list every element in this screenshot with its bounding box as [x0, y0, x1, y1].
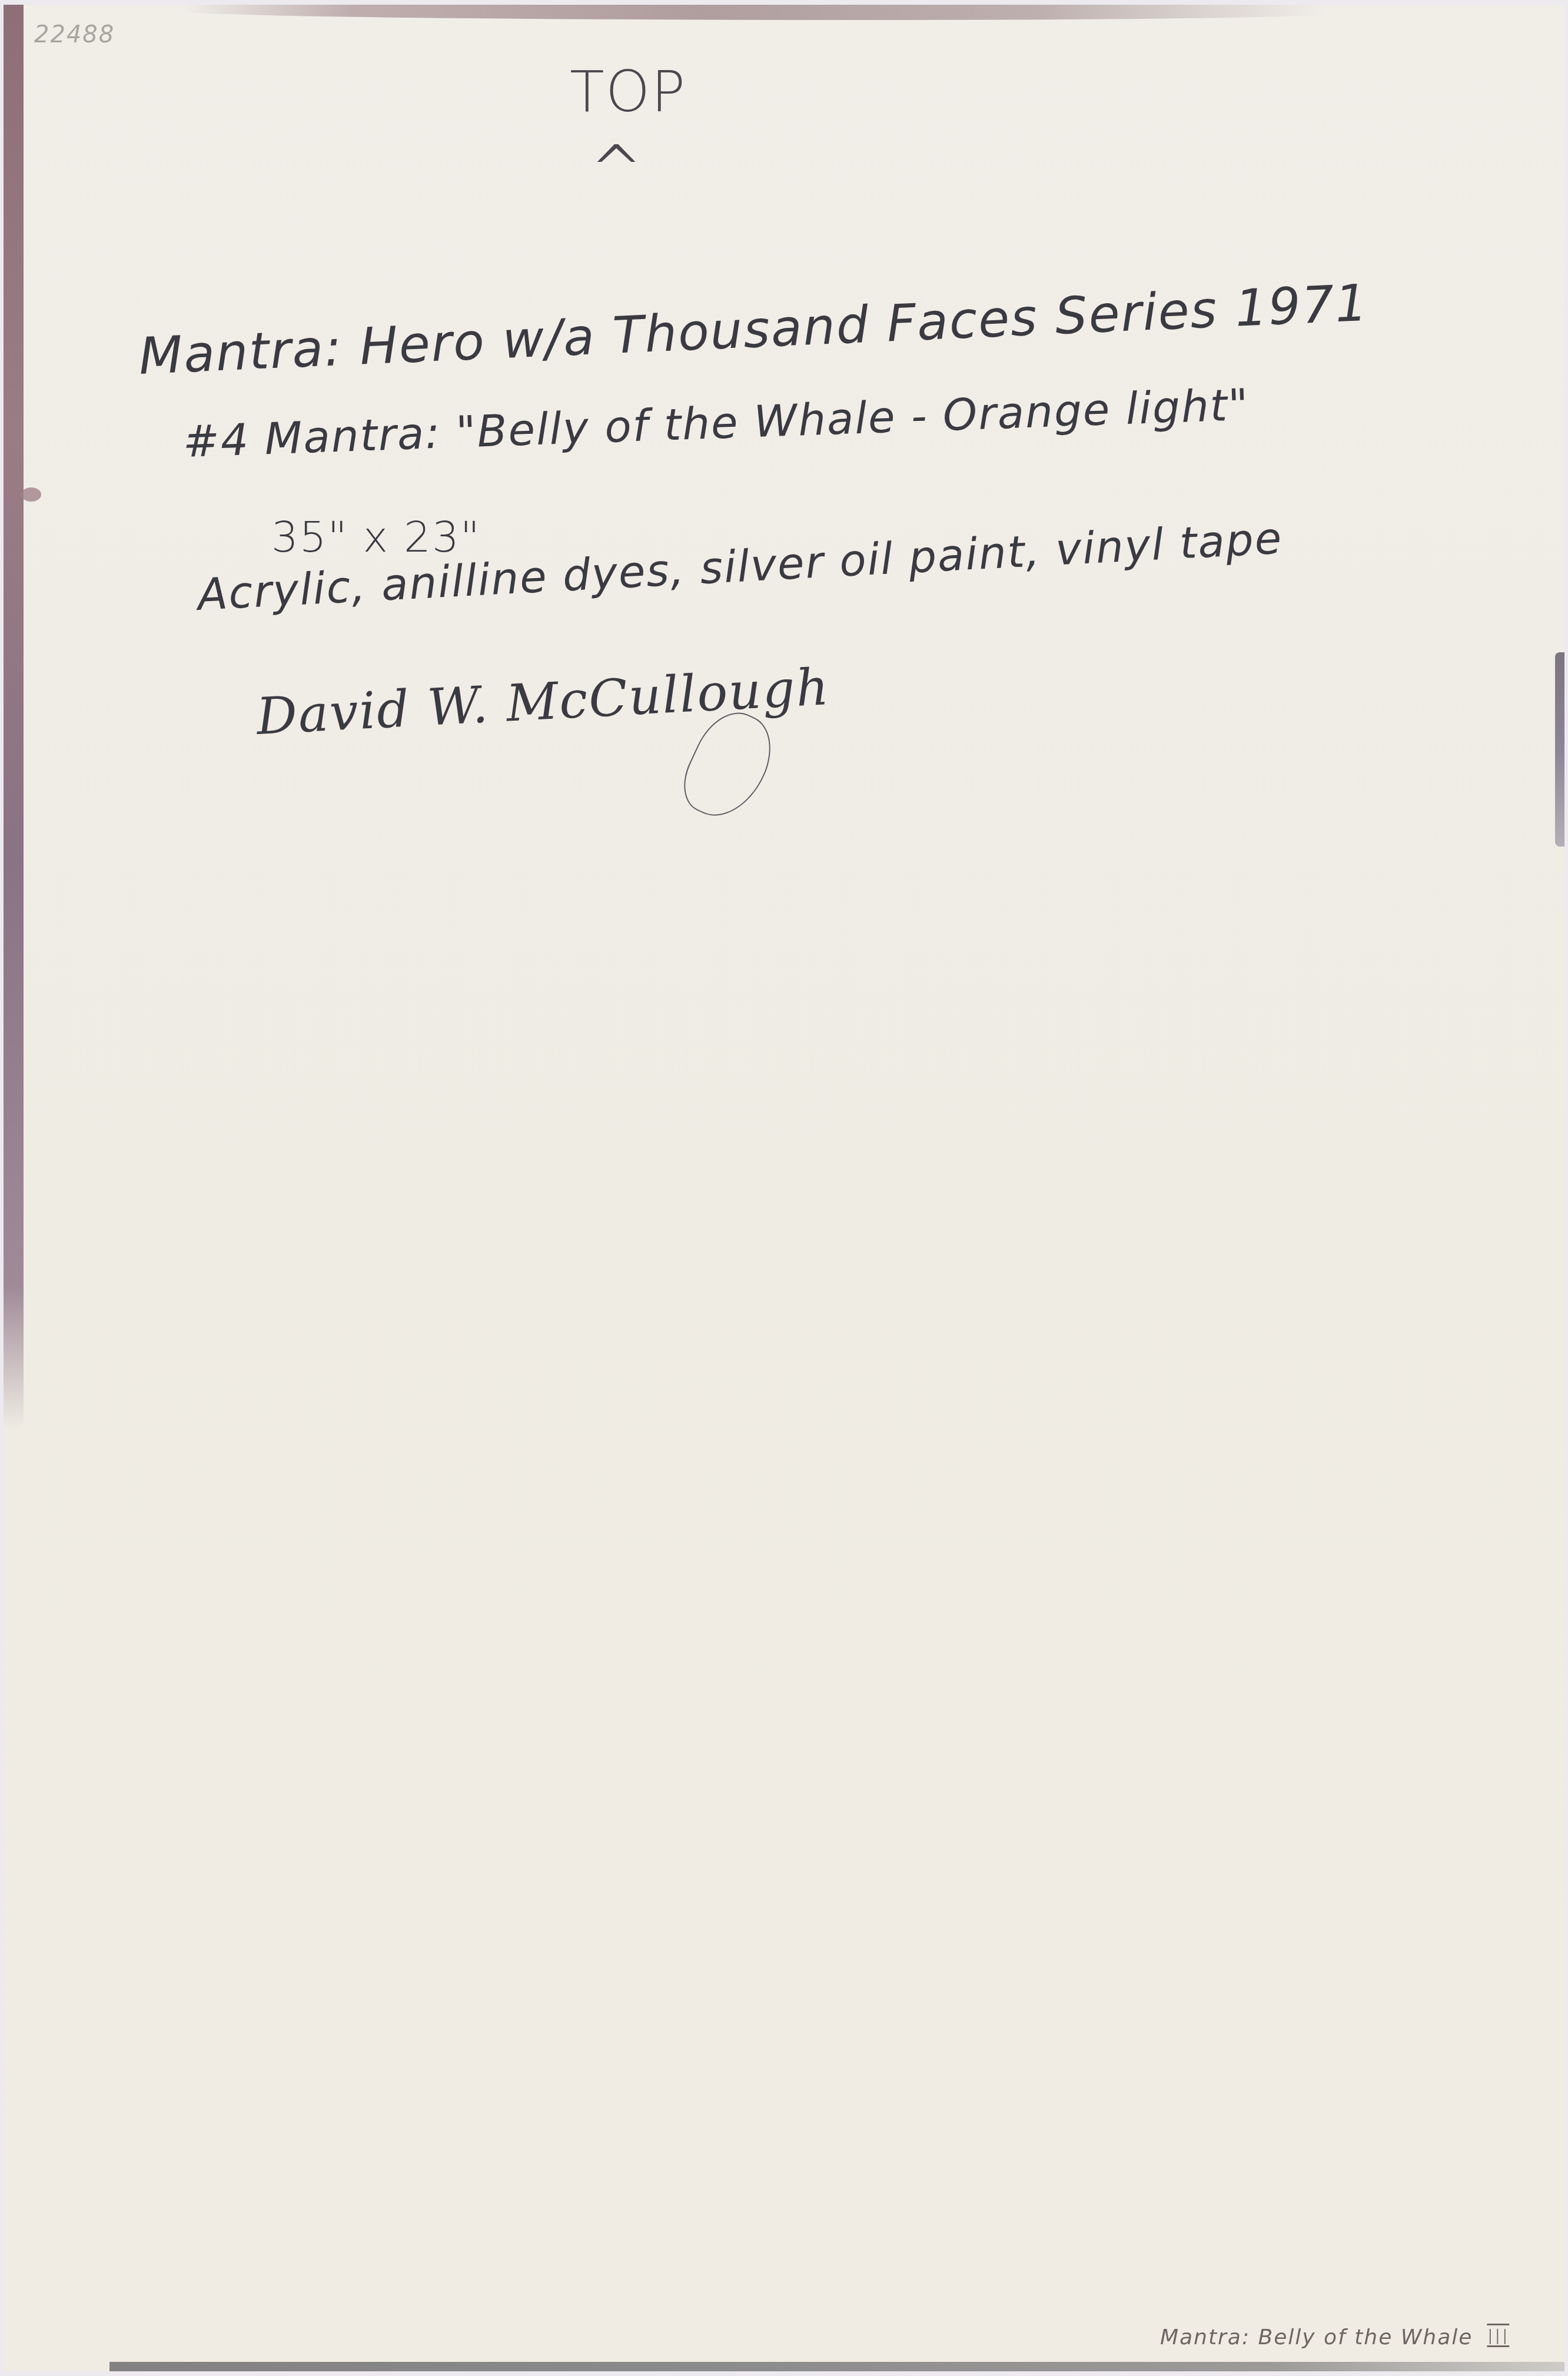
dimensions-line: 35" x 23" — [271, 512, 481, 562]
inventory-number: 22488 — [34, 21, 115, 48]
orientation-label: TOP — [570, 59, 686, 125]
series-line: Mantra: Hero w/a Thousand Faces Series 1… — [138, 274, 1370, 386]
orientation-arrow-icon: ^ — [589, 137, 645, 202]
footer-title-text: Mantra: Belly of the Whale — [1160, 2325, 1473, 2350]
right-edge-stain — [1555, 652, 1564, 847]
artwork-verso-sheet: 22488 TOP ^ Mantra: Hero w/a Thousand Fa… — [4, 5, 1564, 2371]
title-line: #4 Mantra: "Belly of the Whale - Orange … — [182, 380, 1250, 467]
top-edge-stain — [180, 5, 1328, 20]
footer-numeral: III — [1487, 2325, 1509, 2350]
footer-inscription: Mantra: Belly of the WhaleIII — [1160, 2325, 1509, 2350]
left-edge-stain — [4, 5, 24, 1429]
bottom-edge-stain — [109, 2362, 1564, 2371]
left-edge-blot — [21, 487, 41, 502]
